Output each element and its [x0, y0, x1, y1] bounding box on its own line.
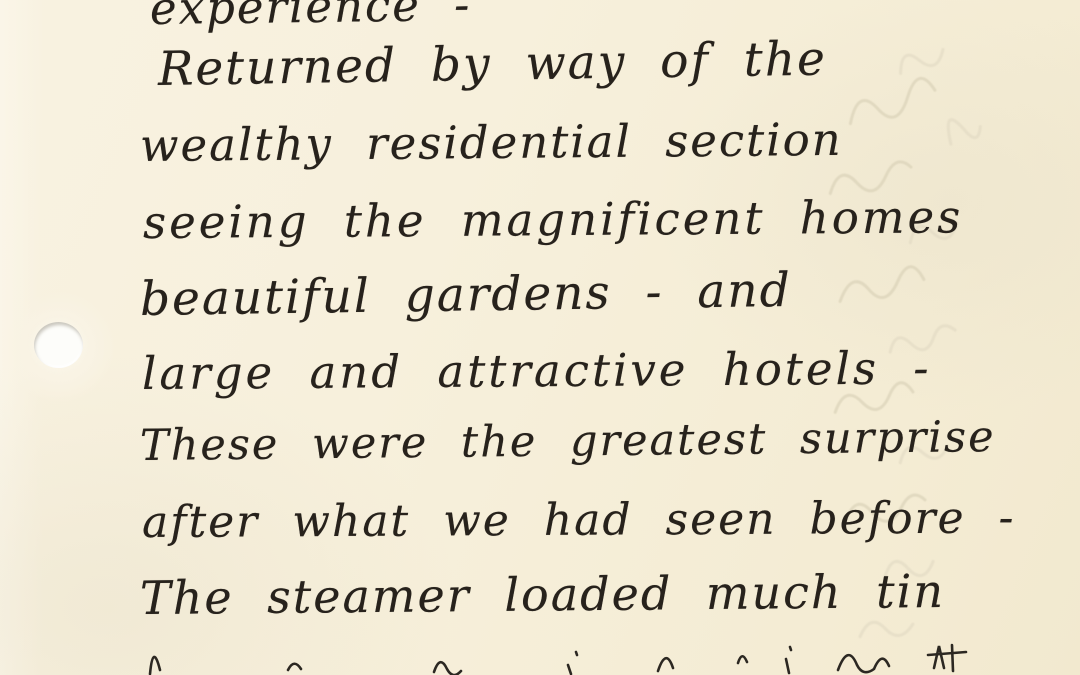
handwritten-line: beautiful gardens - and — [140, 265, 792, 326]
handwritten-line: These were the greatest surprise — [140, 414, 996, 470]
handwritten-line: The steamer loaded much tin — [140, 566, 945, 624]
handwritten-line: after what we had seen before - — [142, 494, 1016, 547]
handwritten-line: experience - — [150, 0, 472, 33]
handwritten-line: seeing the magnificent homes — [143, 192, 964, 247]
handwritten-line: wealthy residential section — [140, 115, 843, 171]
punch-hole — [34, 322, 83, 368]
scanned-page: experience - Returned by way of the weal… — [0, 0, 1080, 675]
handwritten-line: large and attractive hotels - — [142, 343, 932, 398]
handwritten-line: Returned by way of the — [158, 33, 828, 95]
cutoff-line-ink — [138, 638, 968, 675]
